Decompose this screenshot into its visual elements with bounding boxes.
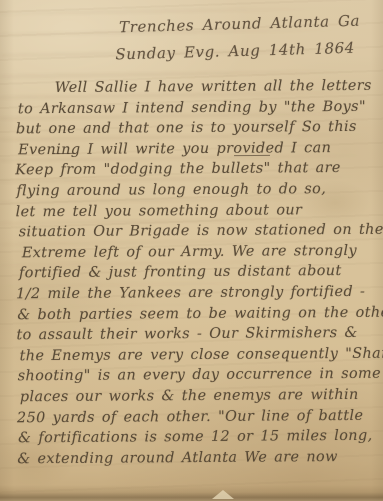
letter-line: Keep from "dodging the bullets" that are [15, 158, 377, 181]
letter-line: 1/2 mile the Yankees are strongly fortif… [16, 282, 378, 305]
letter-line: & fortifications is some 12 or 15 miles … [18, 426, 379, 449]
letter-line: let me tell you something about our [16, 199, 378, 222]
letter-dateline: Trenches Around Atlanta Ga Sunday Evg. A… [115, 8, 362, 69]
paper-bottom-edge [0, 485, 383, 501]
letter-line: & extending around Atlanta We are now [17, 446, 379, 469]
letter-line: fortified & just fronting us distant abo… [19, 261, 378, 284]
letter-scan: Trenches Around Atlanta Ga Sunday Evg. A… [0, 0, 383, 501]
dateline-date: Sunday Evg. Aug 14th 1864 [116, 35, 356, 69]
letter-body: Well Sallie I have written all the lette… [15, 76, 380, 470]
letter-line: places our works & the enemys are within [20, 385, 379, 408]
paper-edge-notch [212, 490, 234, 499]
letter-line: Evening I will write you provided I can [18, 138, 377, 161]
letter-line: to assault their works - Our Skirmishers… [16, 323, 378, 346]
letter-line: to Arkansaw I intend sending by "the Boy… [18, 96, 377, 119]
letter-line: shooting" is an every day occurrence in … [18, 364, 379, 387]
paper-edge-shade [0, 0, 14, 501]
letter-line: & both parties seem to be waiting on the… [17, 302, 378, 325]
letter-line: flying around us long enough to do so, [16, 179, 377, 202]
letter-line: Well Sallie I have written all the lette… [15, 76, 377, 99]
letter-line: situation Our Brigade is now stationed o… [19, 220, 378, 243]
underline-mark [52, 153, 75, 154]
letter-line: Extreme left of our Army. We are strongl… [22, 240, 378, 263]
letter-line: but one and that one is to yourself So t… [16, 117, 377, 140]
letter-line: 250 yards of each other. "Our line of ba… [17, 405, 379, 428]
letter-line: the Enemys are very close consequently "… [20, 343, 379, 366]
